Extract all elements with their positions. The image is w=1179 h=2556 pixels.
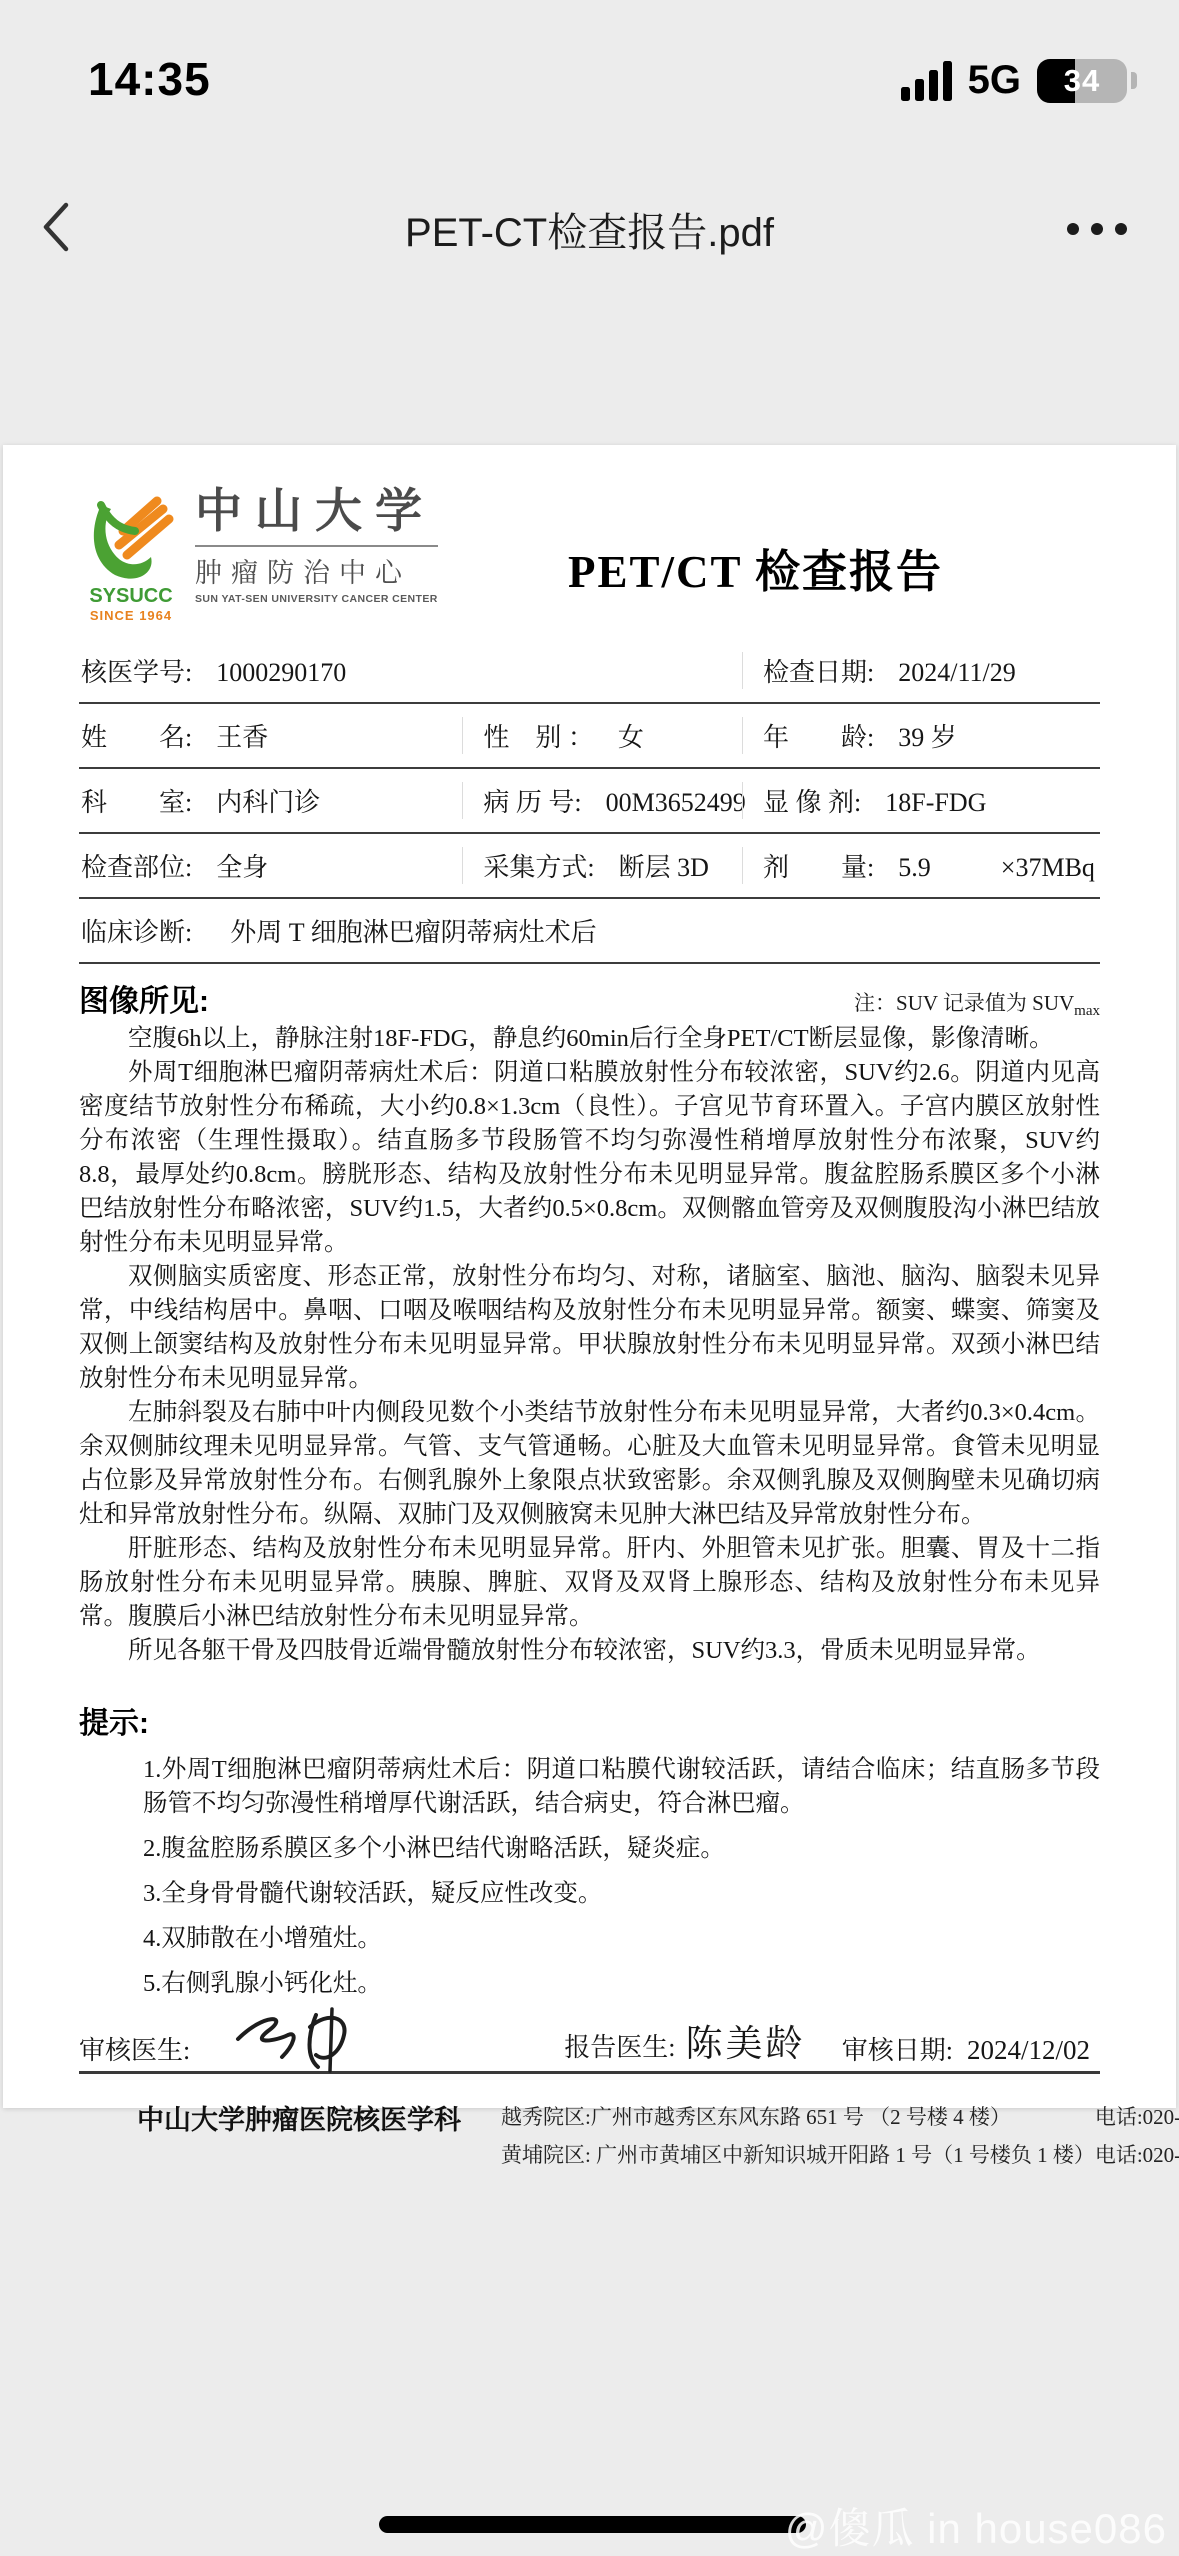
impression-item: 5.右侧乳腺小钙化灶。 xyxy=(79,1967,1100,2001)
field-value: 全身 xyxy=(216,847,268,884)
findings-paragraph: 左肺斜裂及右肺中叶内侧段见数个小类结节放射性分布未见明显异常，大者约0.3×0.… xyxy=(79,1396,1100,1532)
hospital-logo: SYSUCC SINCE 1964 中山大学 肿瘤防治中心 SUN YAT-SE… xyxy=(79,487,471,623)
pdf-page[interactable]: SYSUCC SINCE 1964 中山大学 肿瘤防治中心 SUN YAT-SE… xyxy=(3,445,1176,2108)
field-label: 剂 量: xyxy=(763,847,874,884)
battery-icon: 34 xyxy=(1037,59,1127,103)
impression-item: 4.双肺散在小增殖灶。 xyxy=(79,1922,1100,1956)
sysucc-logo-icon xyxy=(85,487,177,583)
network-type-label: 5G xyxy=(968,58,1021,103)
document-title: PET-CT检查报告.pdf xyxy=(0,201,1179,258)
findings-paragraph: 所见各躯干骨及四肢骨近端骨髓放射性分布较浓密，SUV约3.3，骨质未见明显异常。 xyxy=(79,1634,1100,1668)
impression-item: 3.全身骨骨髓代谢较活跃，疑反应性改变。 xyxy=(79,1877,1100,1911)
review-date-value: 2024/12/02 xyxy=(967,2035,1090,2066)
field-label: 检查部位: xyxy=(81,847,192,884)
watermark-text: @傻瓜 in house086 xyxy=(785,2496,1167,2556)
reporter-label: 报告医生: xyxy=(564,2027,675,2064)
patient-info-table: 核医学号:1000290170 检查日期:2024/11/29 姓 名:王香 性… xyxy=(79,639,1100,964)
cancer-center-name-en: SUN YAT-SEN UNIVERSITY CANCER CENTER xyxy=(195,593,438,605)
table-row: 姓 名:王香 性 别 ：女 年 龄:39 岁 xyxy=(79,704,1100,769)
field-label: 检查日期: xyxy=(763,652,874,689)
clinical-diagnosis-value: 外周 T 细胞淋巴瘤阴蒂病灶术后 xyxy=(230,912,596,949)
table-row: 临床诊断:外周 T 细胞淋巴瘤阴蒂病灶术后 xyxy=(79,899,1100,964)
campus-address: 黄埔院区: 广州市黄埔区中新知识城开阳路 1 号（1 号楼负 1 楼） xyxy=(501,2136,1095,2174)
status-bar: 14:35 5G 34 xyxy=(0,0,1179,130)
field-value: 00M3652499 xyxy=(606,788,746,818)
reviewer-label: 审核医生: xyxy=(79,2030,190,2067)
logo-abbreviation: SYSUCC xyxy=(89,585,172,608)
university-name: 中山大学 xyxy=(195,487,438,539)
impression-item: 1.外周T细胞淋巴瘤阴蒂病灶术后：阴道口粘膜代谢较活跃，请结合临床；结直肠多节段… xyxy=(79,1753,1100,1821)
findings-paragraph: 空腹6h以上，静脉注射18F-FDG，静息约60min后行全身PET/CT断层显… xyxy=(79,1022,1100,1056)
impression-heading: 提示: xyxy=(79,1698,1100,1742)
field-label: 病 历 号: xyxy=(483,782,581,819)
findings-paragraph: 肝脏形态、结构及放射性分布未见明显异常。肝内、外胆管未见扩张。胆囊、胃及十二指肠… xyxy=(79,1532,1100,1634)
status-time: 14:35 xyxy=(88,52,211,106)
findings-paragraph: 外周T细胞淋巴瘤阴蒂病灶术后：阴道口粘膜放射性分布较浓密，SUV约2.6。阴道内… xyxy=(79,1056,1100,1260)
findings-heading: 图像所见: xyxy=(79,976,209,1020)
table-row: 核医学号:1000290170 检查日期:2024/11/29 xyxy=(79,639,1100,704)
field-label: 临床诊断: xyxy=(81,912,192,949)
field-label: 年 龄: xyxy=(763,717,874,754)
nav-bar: PET-CT检查报告.pdf xyxy=(0,185,1179,275)
cancer-center-name: 肿瘤防治中心 xyxy=(195,545,438,590)
ellipsis-icon xyxy=(1067,223,1079,235)
department-name: 中山大学肿瘤医院核医学科 xyxy=(137,2098,461,2137)
logo-since: SINCE 1964 xyxy=(90,608,172,623)
suv-note: 注：SUV 记录值为 SUVmax xyxy=(854,987,1100,1020)
findings-paragraph: 双侧脑实质密度、形态正常，放射性分布均匀、对称，诸脑室、脑池、脑沟、脑裂未见异常… xyxy=(79,1260,1100,1396)
field-label: 核医学号: xyxy=(81,652,192,689)
home-indicator[interactable] xyxy=(379,2516,806,2533)
campus-phone: 电话:020-87343415 xyxy=(1095,2098,1179,2136)
field-value: 5.9 xyxy=(898,853,931,883)
findings-body: 空腹6h以上，静脉注射18F-FDG，静息约60min后行全身PET/CT断层显… xyxy=(79,1022,1100,1668)
table-row: 科 室:内科门诊 病 历 号:00M3652499 显 像 剂:18F-FDG xyxy=(79,769,1100,834)
battery-percentage: 34 xyxy=(1037,59,1127,103)
impression-section: 提示: 1.外周T细胞淋巴瘤阴蒂病灶术后：阴道口粘膜代谢较活跃，请结合临床；结直… xyxy=(79,1698,1100,2001)
campus-phone: 电话:020-87341752 xyxy=(1095,2136,1179,2174)
field-value: 2024/11/29 xyxy=(898,658,1015,688)
field-value: 断层 3D xyxy=(619,847,709,884)
reporter-name: 陈美龄 xyxy=(685,2013,805,2067)
field-value: 女 xyxy=(618,717,644,754)
field-label: 显 像 剂: xyxy=(763,782,861,819)
review-date-label: 审核日期: xyxy=(842,2030,953,2067)
signal-strength-icon xyxy=(901,61,952,101)
field-label: 科 室: xyxy=(81,782,192,819)
field-value: 王香 xyxy=(216,717,268,754)
report-title: PET/CT 检查报告 xyxy=(471,535,1040,600)
campus-address: 越秀院区:广州市越秀区东风东路 651 号 （2 号楼 4 楼） xyxy=(501,2098,1095,2136)
table-row: 检查部位:全身 采集方式:断层 3D 剂 量:5.9×37MBq xyxy=(79,834,1100,899)
impression-item: 2.腹盆腔肠系膜区多个小淋巴结代谢略活跃，疑炎症。 xyxy=(79,1832,1100,1866)
field-label: 性 别 ： xyxy=(483,717,594,754)
signoff-row: 审核医生: 报告医生: 陈美龄 审核日期: 2024/12/02 xyxy=(79,2001,1100,2074)
page-footer: 中山大学肿瘤医院核医学科 越秀院区:广州市越秀区东风东路 651 号 （2 号楼… xyxy=(79,2098,1100,2174)
field-value: 内科门诊 xyxy=(216,782,320,819)
reviewer-signature xyxy=(224,2001,374,2093)
more-options-button[interactable] xyxy=(1067,223,1127,235)
battery-cap xyxy=(1131,72,1137,89)
field-value: 1000290170 xyxy=(216,658,346,688)
report-header: SYSUCC SINCE 1964 中山大学 肿瘤防治中心 SUN YAT-SE… xyxy=(79,487,1100,623)
field-value: 18F-FDG xyxy=(885,788,986,818)
field-label: 采集方式: xyxy=(483,847,594,884)
field-value: 39 岁 xyxy=(898,717,957,754)
dose-unit: ×37MBq xyxy=(1001,853,1095,883)
field-label: 姓 名: xyxy=(81,717,192,754)
